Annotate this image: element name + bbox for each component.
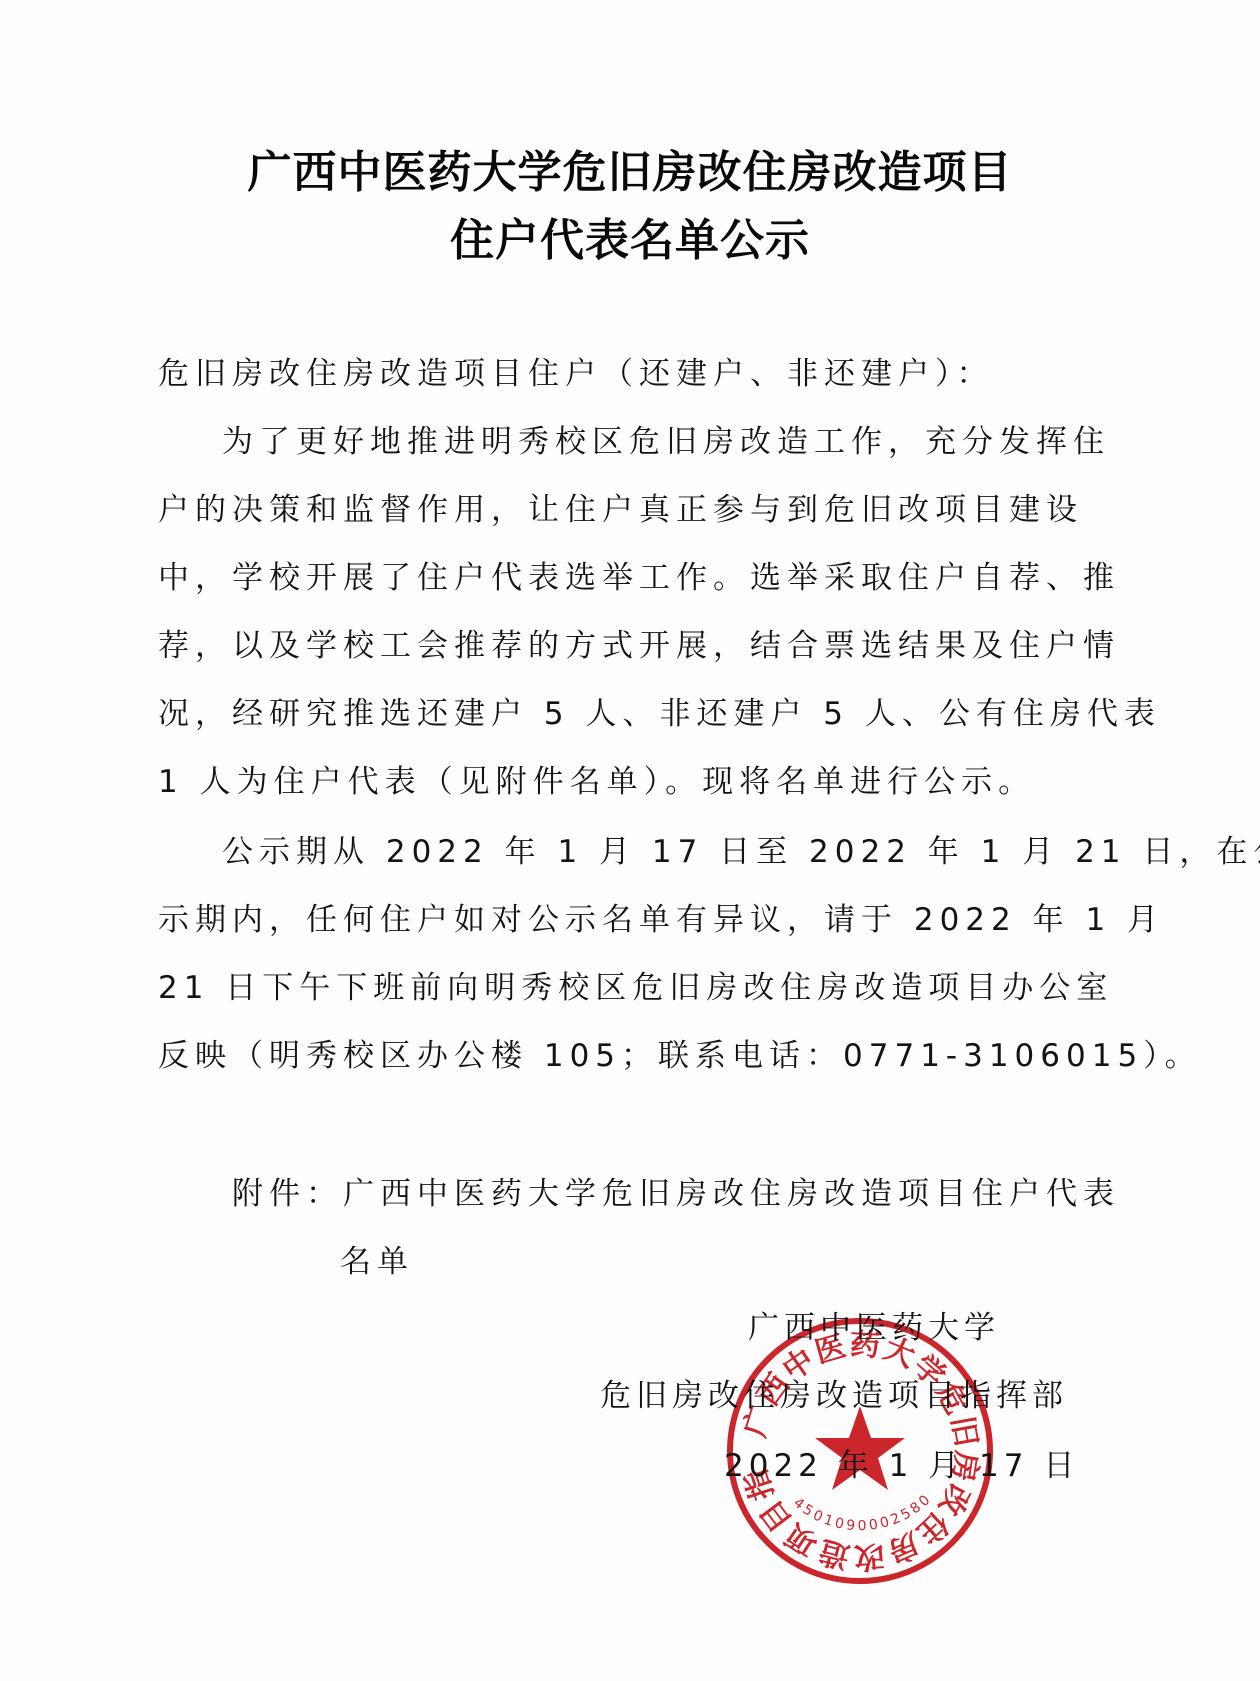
paragraph-1-line-3: 中，学校开展了住户代表选举工作。选举采取住户自荐、推	[158, 552, 1120, 597]
notice-page: 广西中医药大学危旧房改住房改造项目 住户代表名单公示 危旧房改住房改造项目住户（…	[0, 0, 1260, 1681]
document-title-line-1: 广西中医药大学危旧房改住房改造项目	[0, 136, 1260, 200]
paragraph-1-line-1: 为了更好地推进明秀校区危旧房改造工作，充分发挥住	[222, 416, 1110, 461]
paragraph-1-line-6: 1 人为住户代表（见附件名单）。现将名单进行公示。	[158, 756, 1035, 801]
attachment-label-cont: 名单	[340, 1236, 414, 1281]
attachment-label: 附件：广西中医药大学危旧房改住房改造项目住户代表	[232, 1168, 1120, 1213]
signature-org-line-2: 危旧房改住房改造项目指挥部	[600, 1370, 1068, 1415]
paragraph-1-line-2: 户的决策和监督作用，让住户真正参与到危旧改项目建设	[158, 484, 1083, 529]
paragraph-2-line-1: 公示期从 2022 年 1 月 17 日至 2022 年 1 月 21 日，在公	[222, 826, 1260, 871]
signature-date: 2022 年 1 月 17 日	[724, 1440, 1079, 1485]
paragraph-2-line-2: 示期内，任何住户如对公示名单有异议，请于 2022 年 1 月	[158, 894, 1164, 939]
paragraph-1-line-4: 荐，以及学校工会推荐的方式开展，结合票选结果及住户情	[158, 620, 1120, 665]
paragraph-2-line-4: 反映（明秀校区办公楼 105；联系电话：0771-3106015）。	[158, 1030, 1202, 1075]
paragraph-2-line-3: 21 日下午下班前向明秀校区危旧房改住房改造项目办公室	[158, 962, 1113, 1007]
salutation: 危旧房改住房改造项目住户（还建户、非还建户）：	[158, 348, 994, 393]
paragraph-1-line-5: 况，经研究推选还建户 5 人、非还建户 5 人、公有住房代表	[158, 688, 1161, 733]
document-title-line-2: 住户代表名单公示	[0, 204, 1260, 268]
signature-org-line-1: 广西中医药大学	[748, 1302, 1000, 1347]
